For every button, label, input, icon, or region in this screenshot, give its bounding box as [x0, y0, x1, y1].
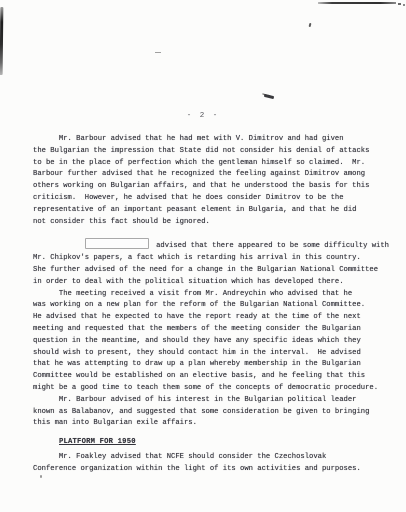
section-heading: PLATFORM FOR 1950: [59, 437, 381, 449]
document-body: Mr. Barbour advised that he had met with…: [33, 134, 381, 476]
paragraph-4: Mr. Barbour advised of his interest in t…: [33, 395, 381, 430]
stray-dash-mark: [155, 52, 161, 53]
scanned-document-page: - 2 - Mr. Barbour advised that he had me…: [0, 0, 406, 512]
redaction-box: [85, 238, 149, 249]
stray-comma-mark: [309, 23, 312, 27]
paragraph-2: advised that there appeared to be some d…: [33, 238, 381, 253]
scan-edge-line: [0, 7, 3, 75]
paragraph-3: The meeting received a visit from Mr. An…: [33, 289, 381, 395]
indent: [33, 242, 85, 250]
check-mark: [264, 94, 274, 99]
page-number: - 2 -: [173, 112, 233, 120]
paragraph-2-first-line: advised that there appeared to be some d…: [152, 242, 389, 250]
scan-streak-line: [318, 2, 396, 4]
scan-speck: [403, 4, 405, 6]
paragraph-2-rest: Mr. Chipkov's papers, a fact which is re…: [33, 253, 381, 288]
paragraph-1: Mr. Barbour advised that he had met with…: [33, 134, 381, 228]
scan-speck: [398, 3, 401, 5]
paragraph-5: Mr. Foakley advised that NCFE should con…: [33, 452, 381, 476]
